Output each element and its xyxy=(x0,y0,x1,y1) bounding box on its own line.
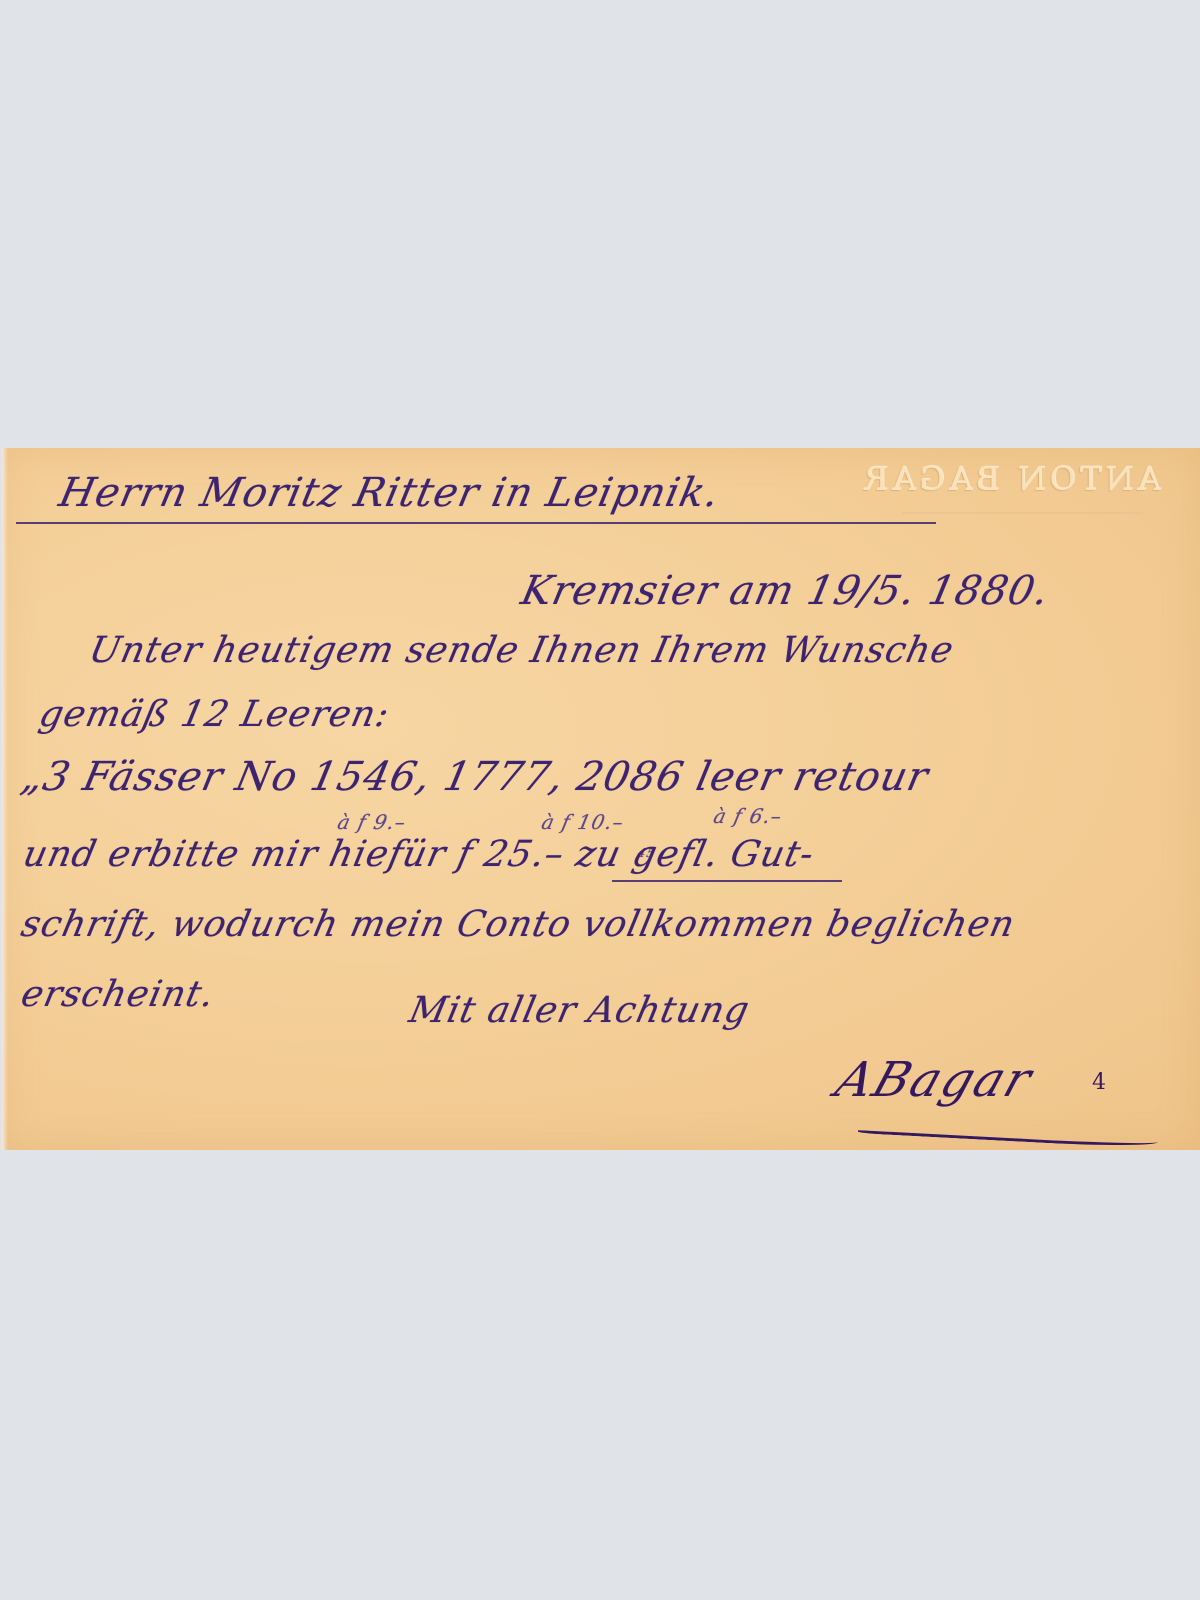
body-line-4: und erbitte mir hiefür f 25.– zu gefl. G… xyxy=(20,834,819,875)
signature-flourish xyxy=(858,1116,1158,1149)
signature: ABagar xyxy=(829,1052,1040,1108)
closing: Mit aller Achtung xyxy=(406,990,754,1031)
page: ANTON BAGAR Herrn Moritz Ritter in Leipn… xyxy=(0,0,1200,1600)
body-line-6: erscheint. xyxy=(18,974,219,1015)
body-line-1: Unter heutigem sende Ihnen Ihrem Wunsche xyxy=(86,630,958,671)
price-annotation-1777: à f 10.– xyxy=(539,810,626,834)
postcard: ANTON BAGAR Herrn Moritz Ritter in Leipn… xyxy=(2,448,1200,1150)
address-line: Herrn Moritz Ritter in Leipnik. xyxy=(55,470,724,516)
embossed-stamp: ANTON BAGAR xyxy=(860,460,1160,498)
total-underline xyxy=(612,880,842,882)
stamp-ornament xyxy=(902,506,1142,514)
body-line-5: schrift, wodurch mein Conto vollkommen b… xyxy=(18,904,1019,945)
body-line-2: gemäß 12 Leeren: xyxy=(36,694,394,735)
price-annotation-2086: à f 6.– xyxy=(711,804,784,828)
place-date: Kremsier am 19/5. 1880. xyxy=(517,568,1053,614)
address-underline xyxy=(16,522,936,524)
price-annotation-1546: à f 9.– xyxy=(335,810,408,834)
body-line-3: „3 Fässer No 1546, 1777, 2086 leer retou… xyxy=(17,754,933,800)
signature-suffix: 4 xyxy=(1092,1070,1106,1095)
